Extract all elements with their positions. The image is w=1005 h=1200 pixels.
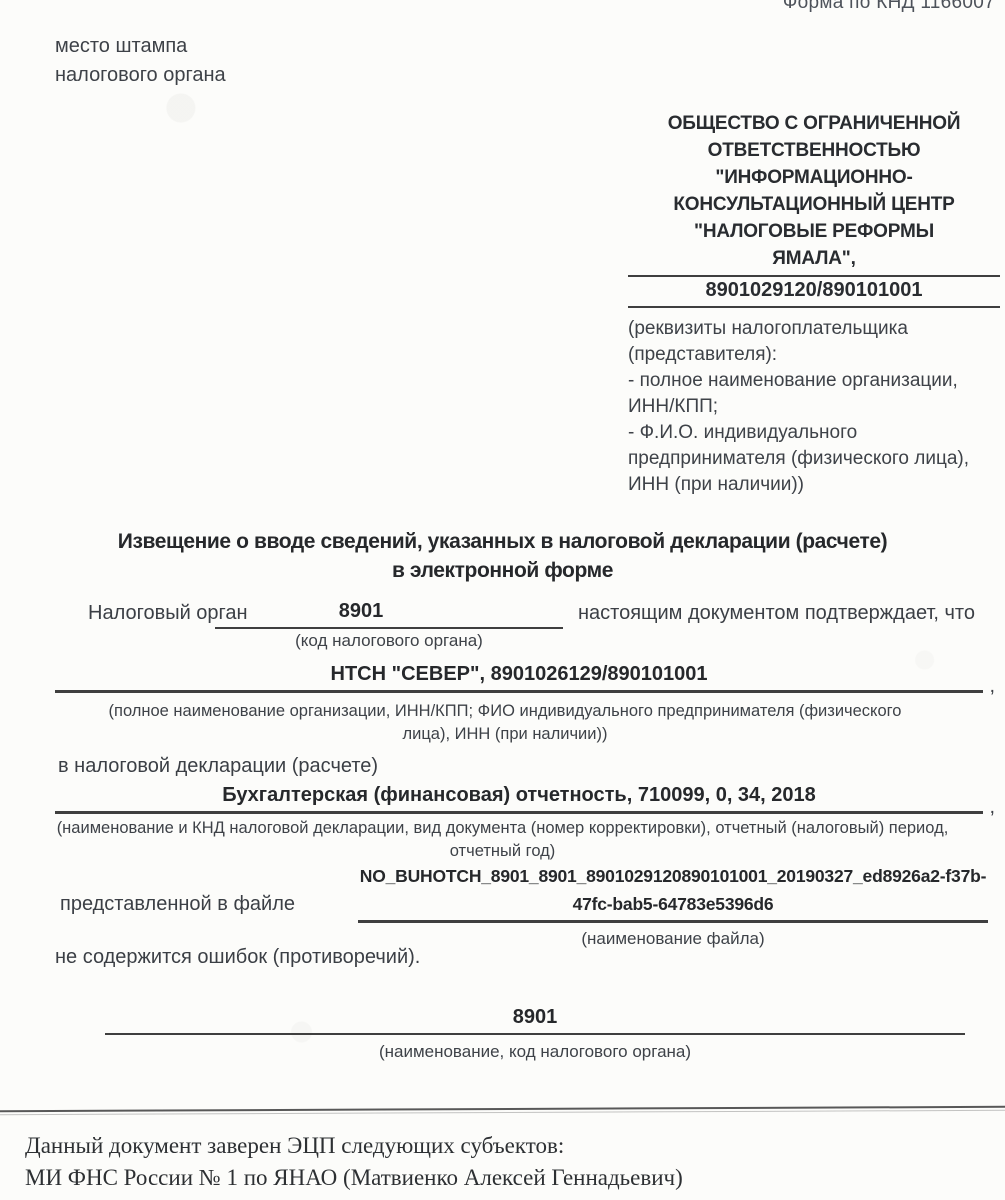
form-code-label: Форма по КНД 1166007: [783, 0, 995, 14]
file-name: NO_BUHOTCH_8901_8901_8901029120890101001…: [358, 862, 988, 923]
taxpayer-hint-line: предпринимателя (физического лица),: [628, 446, 1000, 472]
organization-trailing-comma: ,: [989, 675, 995, 698]
authority-footer-caption: (наименование, код налогового органа): [105, 1040, 965, 1063]
taxpayer-hint-line: ИНН/КПП;: [628, 394, 1000, 420]
taxpayer-name-line: "НАЛОГОВЫЕ РЕФОРМЫ: [628, 218, 1000, 245]
stamp-place-line2: налогового органа: [55, 61, 226, 90]
taxpayer-hint-line: (представителя):: [628, 342, 1000, 368]
organization-caption-line2: лица), ИНН (при наличии)): [75, 723, 935, 746]
organization-caption: (полное наименование организации, ИНН/КП…: [75, 700, 935, 746]
file-name-line1: NO_BUHOTCH_8901_8901_8901029120890101001…: [358, 862, 988, 890]
signature-intro: Данный документ заверен ЭЦП следующих су…: [25, 1130, 985, 1162]
file-field: NO_BUHOTCH_8901_8901_8901029120890101001…: [358, 862, 988, 950]
taxpayer-name-line: КОНСУЛЬТАЦИОННЫЙ ЦЕНТР: [628, 191, 1000, 218]
notice-title: Извещение о вводе сведений, указанных в …: [0, 527, 1005, 585]
taxpayer-name-line: ОБЩЕСТВО С ОГРАНИЧЕННОЙ: [628, 110, 1000, 137]
taxpayer-name: ОБЩЕСТВО С ОГРАНИЧЕННОЙ ОТВЕТСТВЕННОСТЬЮ…: [628, 110, 1000, 277]
file-caption: (наименование файла): [358, 923, 988, 950]
taxpayer-hint-line: - полное наименование организации,: [628, 368, 1000, 394]
taxpayer-hint-line: - Ф.И.О. индивидуального: [628, 420, 1000, 446]
organization-value: НТСН "СЕВЕР", 8901026129/890101001: [331, 663, 708, 685]
no-errors-text: не содержится ошибок (противоречий).: [55, 946, 420, 969]
declaration-value: Бухгалтерская (финансовая) отчетность, 7…: [222, 784, 816, 806]
file-label: представленной в файле: [60, 893, 295, 916]
declaration-caption: (наименование и КНД налоговой декларации…: [30, 817, 975, 863]
notice-title-line1: Извещение о вводе сведений, указанных в …: [0, 527, 1005, 556]
declaration-trailing-comma: ,: [989, 796, 995, 819]
organization-value-row: НТСН "СЕВЕР", 8901026129/890101001 ,: [55, 663, 983, 693]
declaration-caption-line2: отчетный год): [30, 840, 975, 863]
taxpayer-hint: (реквизиты налогоплательщика (представит…: [628, 316, 1000, 498]
taxpayer-name-line: "ИНФОРМАЦИОННО-: [628, 164, 1000, 191]
taxpayer-block: ОБЩЕСТВО С ОГРАНИЧЕННОЙ ОТВЕТСТВЕННОСТЬЮ…: [628, 110, 1000, 498]
scanned-tax-notice-page: Форма по КНД 1166007 место штампа налого…: [0, 0, 1005, 1200]
stamp-place: место штампа налогового органа: [55, 32, 226, 90]
taxpayer-inn-kpp: 8901029120/890101001: [628, 277, 1000, 308]
confirmation-text: настоящим документом подтверждает, что: [578, 602, 975, 625]
taxpayer-name-line: ОТВЕТСТВЕННОСТЬЮ: [628, 137, 1000, 164]
taxpayer-hint-line: ИНН (при наличии)): [628, 472, 1000, 498]
organization-caption-line1: (полное наименование организации, ИНН/КП…: [75, 700, 935, 723]
file-name-line2: 47fc-bab5-64783e5396d6: [358, 890, 988, 918]
authority-footer-value: 8901: [513, 1006, 558, 1028]
signature-block: Данный документ заверен ЭЦП следующих су…: [25, 1130, 985, 1194]
signature-subject: МИ ФНС России № 1 по ЯНАО (Матвиенко Але…: [25, 1162, 985, 1194]
declaration-intro: в налоговой декларации (расчете): [58, 755, 378, 778]
tax-authority-code-caption: (код налогового органа): [215, 629, 563, 651]
notice-title-line2: в электронной форме: [0, 556, 1005, 585]
authority-footer-row: 8901: [105, 1006, 965, 1035]
tax-authority-field: 8901 (код налогового органа): [215, 600, 563, 651]
declaration-caption-line1: (наименование и КНД налоговой декларации…: [30, 817, 975, 840]
tax-authority-code-value: 8901: [339, 600, 384, 622]
tax-authority-code: 8901: [215, 600, 563, 629]
declaration-value-row: Бухгалтерская (финансовая) отчетность, 7…: [55, 784, 983, 814]
taxpayer-name-line: ЯМАЛА",: [628, 245, 1000, 272]
stamp-place-line1: место штампа: [55, 32, 226, 61]
taxpayer-hint-line: (реквизиты налогоплательщика: [628, 316, 1000, 342]
